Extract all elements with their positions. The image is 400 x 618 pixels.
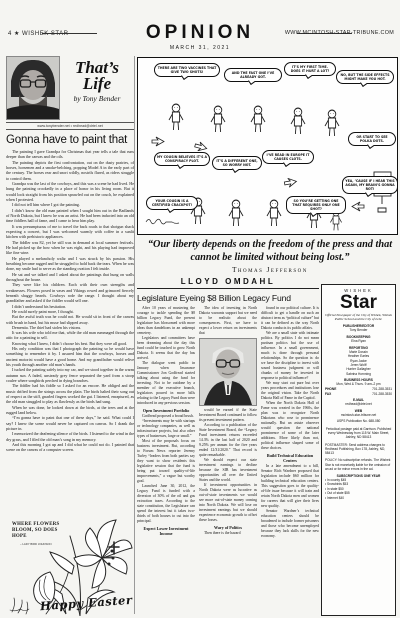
subhead-build-technical: Build Technical Education Centers (261, 453, 319, 463)
usps-number: USPS Publication No. 688-080 (325, 419, 392, 423)
staff-name: Tony Bender (325, 328, 392, 332)
subscription-rates: • In county $45• Snowbirds $53• In state… (325, 478, 392, 500)
body-paragraph: He sat and we talked and I asked about t… (6, 272, 134, 283)
article-paragraph: found in our political culture. It is di… (261, 306, 319, 331)
fax-number: 701-288-3530 (372, 392, 392, 396)
article-column-1: After 10 years of mustering the courage … (137, 306, 195, 539)
article-column-2: The idea of investing in North Dakota wa… (199, 306, 257, 539)
section-title: OPINION (140, 22, 260, 44)
quote-attribution: Thomas Jefferson (143, 266, 397, 274)
speech-bubble: NO, BUT THE SIDE EFFECTS MIGHT MAKE YOU … (336, 70, 394, 84)
column-byline: by Tony Bender (60, 94, 134, 103)
article-paragraph: In a late amendment to a bill, Senator R… (261, 464, 319, 509)
subhead-wary-politics: Wary of Politics (199, 525, 257, 530)
article-paragraph: Then there is the hazard (199, 531, 257, 536)
business-hours: Mon, Wed & Thurs. 9 am–2 pm (325, 382, 392, 386)
speech-bubble: MY COUSIN BELIEVES IT’S A CONSPIRACY PLO… (154, 152, 210, 166)
column-title-line2: Life (60, 76, 134, 92)
body-paragraph: The fiddler had his fiddle so I asked fo… (6, 383, 134, 404)
editorial-cartoon: THERE ARE TWO VACCINES THAT GIVE TWO SHO… (137, 57, 398, 235)
thats-life-headline: Gonna have to paint that (6, 134, 134, 146)
article-paragraph: The idea of investing in North Dakota wa… (199, 306, 257, 336)
speech-bubble: IT’S A DIFFERENT ONE, SO WORRY NOT. (212, 156, 262, 170)
article-paragraph: If investment opportunities in North Dak… (199, 483, 257, 523)
speech-bubble: SO YOU’RE GETTING ONE THAT REQUIRES ONLY… (286, 196, 346, 214)
body-paragraph: His only condition was that I photograph… (6, 346, 134, 367)
body-paragraph: But the awful truth was he could not. He… (6, 314, 134, 325)
speech-bubble: OR START TO SEE POLKA DOTS. (348, 132, 396, 146)
jefferson-quote-block: “Our liberty depends on the freedom of t… (143, 239, 397, 274)
website-url: WWW.MCINTOSH-STAR-TRIBUNE.COM (285, 30, 394, 36)
cartoonist-signature-scribble (146, 219, 179, 224)
body-paragraph: Grandpa was the last of the cowboys, and… (6, 181, 134, 202)
lloyd-omdahl-photo (199, 338, 257, 406)
phone-label: PHONE (325, 387, 336, 391)
article-paragraph: Most of the proposals focus on business … (137, 439, 195, 484)
body-paragraph: I tucked the painting safely into my car… (6, 367, 134, 383)
easter-quote: WHERE FLOWERS BLOOM, SO DOES HOPE (12, 522, 70, 540)
body-paragraph: When he was done, he looked down at the … (6, 405, 134, 416)
tony-bender-photo (6, 56, 60, 120)
subhead-open-investment: Open Investment Portfolio (137, 408, 195, 413)
issue-date: MARCH 31, 2021 (100, 45, 300, 51)
masthead-tagline: Official Newspaper of the City of Wishek… (325, 313, 392, 322)
quote-text: “Our liberty depends on the freedom of t… (143, 239, 397, 265)
speech-bubble: IT’S MY FIRST TIME. DOES IT HURT A LOT? (284, 62, 336, 76)
postmaster-notice: POSTMASTER: Send address changes to Redh… (325, 443, 392, 456)
easter-illustration: WHERE FLOWERS BLOOM, SO DOES HOPE – LADY… (6, 514, 134, 616)
column-divider (134, 56, 135, 614)
speech-bubble: YOUR COUSIN IS A CERTIFIED CRACKPOT! (146, 196, 198, 210)
body-paragraph: I memorized the deafening silence of the… (6, 431, 134, 442)
omdahl-article: LLOYD OMDAHL Legislature Eyeing $8 Billi… (137, 277, 319, 617)
speech-bubble: AND THE FAST ONE I’VE ALREADY GOT. (224, 68, 282, 82)
web-address: mcintosh-star-tribune.net (325, 413, 392, 417)
article-paragraph: We should expect our state investment ea… (199, 458, 257, 483)
body-paragraph: It was his wife who told me that, while … (6, 330, 134, 341)
fax-label: FAX (325, 392, 331, 396)
article-paragraph: According to a publication of the State … (199, 423, 257, 458)
thats-life-title-block: That’s Life by Tony Bender (60, 56, 134, 120)
author-contact-line: www.tonybender.net • redhead@drtel.net (6, 122, 134, 130)
body-paragraph: The fiddler was 82, yet he still was in … (6, 240, 134, 256)
article-paragraph: When the North Dakota Hall of Fame was c… (261, 401, 319, 451)
easter-quote-attribution: – LADY BIRD JOHNSON (20, 542, 52, 546)
section-header: OPINION MARCH 31, 2021 (100, 22, 300, 51)
header-rule-left (42, 33, 97, 34)
masthead-box: WISHEK Star Official Newspaper of the Ci… (321, 284, 396, 616)
article-column-3: found in our political culture. It is di… (261, 306, 319, 539)
subhead-expect-lower: Expect Lower Investment Income (137, 526, 195, 536)
article-paragraph: We are a small state with intimate polit… (261, 331, 319, 381)
policy-notice: POLICY: No subscription refunds. The Wis… (325, 458, 392, 471)
article-paragraph: “Investments may be with startups or tec… (137, 419, 195, 439)
body-paragraph: And this morning I got up and I did what… (6, 442, 134, 453)
staff-name: Sabrina Hornning (325, 372, 392, 376)
article-paragraph: Legislators and committees have been dre… (137, 336, 195, 361)
article-headline: Legislature Eyeing $8 Billion Legacy Fun… (137, 293, 319, 303)
article-paragraph: We may start out pure but over years pro… (261, 381, 319, 401)
phone-number: 701-288-3531 (372, 387, 392, 391)
columnist-name: LLOYD OMDAHL (137, 277, 319, 289)
speech-bubble: THERE ARE TWO VACCINES THAT GIVE TWO SHO… (154, 63, 220, 77)
speech-bubble: I’VE READ IN EUROPE IT CAUSES CLOTS. (262, 150, 314, 164)
portrait-sketch (7, 57, 59, 119)
article-paragraph: Senator Wardner’s technical education ce… (261, 509, 319, 539)
body-paragraph: He played a melancholy waltz and I was s… (6, 256, 134, 272)
thats-life-body: The painting I gave Grandpa for Christma… (6, 149, 134, 453)
email-address: redhead@drtel.net (325, 402, 392, 406)
body-paragraph: “I’m gonna have to paint that one of the… (6, 415, 134, 431)
article-paragraph: would be earned if the State Investment … (199, 408, 257, 423)
thats-life-masthead: That’s Life by Tony Bender (6, 56, 134, 120)
subscription-rate: • Internet $40 (325, 496, 392, 500)
body-paragraph: They were like his children. Each with t… (6, 282, 134, 303)
body-paragraph: I didn’t know the old man painted when I… (6, 208, 134, 224)
article-paragraph: Launched June 30, 2012, the Legacy Fund … (137, 484, 195, 524)
body-paragraph: The painting depicts the first confronta… (6, 160, 134, 181)
speech-bubble: YEA, ’CAUSE IF I HEAR THIS AGAIN, MY BRA… (342, 176, 398, 194)
thats-life-column: That’s Life by Tony Bender www.tonybende… (6, 56, 134, 512)
staff-name: Elna Ryan (325, 339, 392, 343)
article-paragraph: The dialogue went public in January when… (137, 361, 195, 406)
body-paragraph: It was presumptuous of me to travel the … (6, 224, 134, 240)
article-paragraph: After 10 years of mustering the courage … (137, 306, 195, 336)
postage-notice: Periodical postage paid at Garrison. Pub… (325, 427, 392, 440)
body-paragraph: The painting I gave Grandpa for Christma… (6, 149, 134, 160)
masthead-paper-name: Star (325, 293, 392, 312)
